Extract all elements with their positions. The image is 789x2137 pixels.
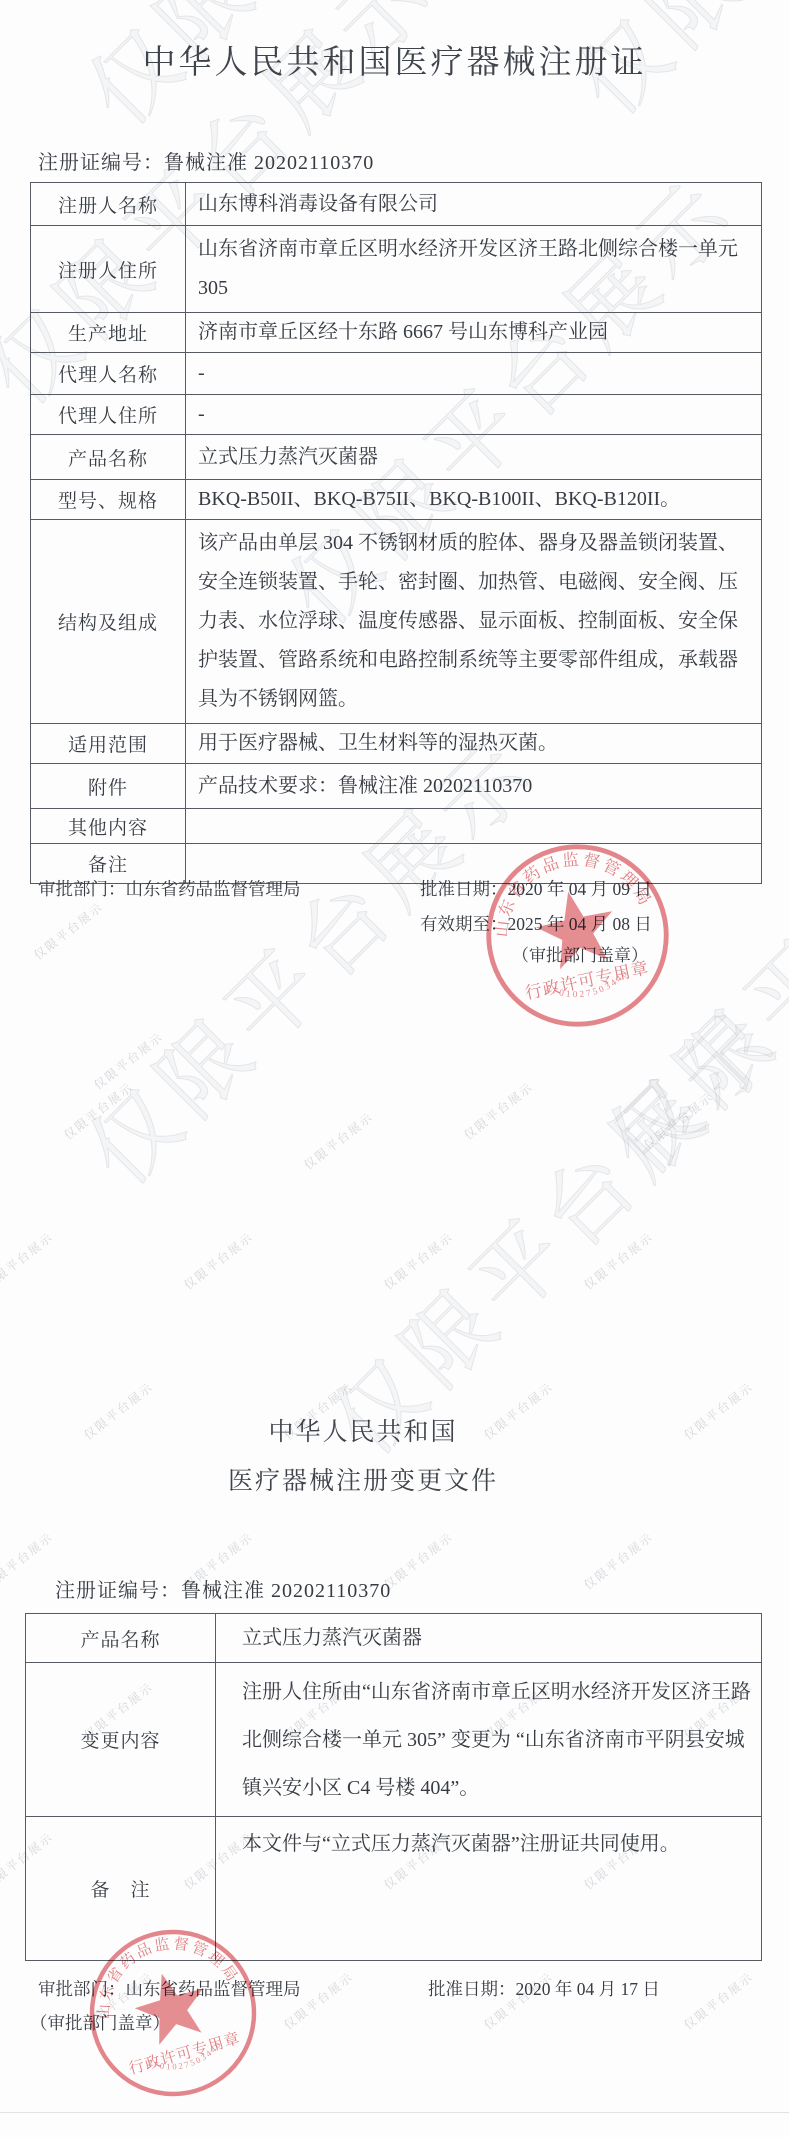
row-value: 立式压力蒸汽灭菌器 (216, 1614, 762, 1663)
row-label: 生产地址 (31, 313, 186, 353)
table-row: 代理人名称 - (31, 353, 762, 395)
row-value: 用于医疗器械、卫生材料等的湿热灭菌。 (186, 724, 762, 764)
registration-number-line: 注册证编号：鲁械注准 20202110370 (38, 146, 374, 175)
row-value: 该产品由单层 304 不锈钢材质的腔体、器身及器盖锁闭装置、安全连锁装置、手轮、… (186, 520, 762, 724)
amendment-title-line2: 医疗器械注册变更文件 (0, 1461, 726, 1497)
row-label: 附件 (31, 764, 186, 809)
registration-number-label: 注册证编号： (55, 1580, 181, 1602)
row-value: - (186, 353, 762, 395)
registration-number-label: 注册证编号： (38, 152, 164, 174)
table-row: 代理人住所 - (31, 395, 762, 435)
certificate-table: 注册人名称 山东博科消毒设备有限公司 注册人住所 山东省济南市章丘区明水经济开发… (30, 182, 762, 884)
row-label: 变更内容 (26, 1663, 216, 1817)
row-label: 其他内容 (31, 809, 186, 844)
row-label: 适用范围 (31, 724, 186, 764)
row-value: 山东博科消毒设备有限公司 (186, 183, 762, 226)
seal-band-text: 行政许可专用章 (127, 2028, 243, 2078)
table-row: 型号、规格 BKQ-B50II、BKQ-B75II、BKQ-B100II、BKQ… (31, 480, 762, 520)
row-value: 本文件与“立式压力蒸汽灭菌器”注册证共同使用。 (216, 1817, 762, 1961)
table-row: 产品名称 立式压力蒸汽灭菌器 (31, 435, 762, 480)
row-label: 注册人名称 (31, 183, 186, 226)
approval-date-line: 批准日期：2020 年 04 月 17 日 (428, 1976, 660, 2001)
approval-department-value: 山东省药品监督管理局 (126, 879, 301, 899)
table-row: 结构及组成 该产品由单层 304 不锈钢材质的腔体、器身及器盖锁闭装置、安全连锁… (31, 520, 762, 724)
table-row: 注册人住所 山东省济南市章丘区明水经济开发区济王路北侧综合楼一单元 305 (31, 226, 762, 313)
table-row: 产品名称 立式压力蒸汽灭菌器 (26, 1614, 762, 1663)
official-seal: 山东省药品监督管理局 行政许可专用章 3701027503440 (462, 820, 693, 1051)
amendment-title-line1: 中华人民共和国 (0, 1412, 726, 1448)
table-row: 生产地址 济南市章丘区经十东路 6667 号山东博科产业园 (31, 313, 762, 353)
approval-date-value: 2020 年 04 月 17 日 (516, 1979, 660, 1999)
certificate-title: 中华人民共和国医疗器械注册证 (0, 36, 789, 83)
row-value: 山东省济南市章丘区明水经济开发区济王路北侧综合楼一单元 305 (186, 226, 762, 313)
row-value: 产品技术要求：鲁械注准 20202110370 (186, 764, 762, 809)
amendment-table: 产品名称 立式压力蒸汽灭菌器 变更内容 注册人住所由“山东省济南市章丘区明水经济… (25, 1613, 762, 1961)
approval-department-line: 审批部门：山东省药品监督管理局 (38, 876, 301, 901)
row-value: 济南市章丘区经十东路 6667 号山东博科产业园 (186, 313, 762, 353)
registration-number-line: 注册证编号：鲁械注准 20202110370 (55, 1574, 391, 1603)
registration-number-value: 鲁械注准 20202110370 (164, 152, 374, 174)
row-value: 注册人住所由“山东省济南市章丘区明水经济开发区济王路北侧综合楼一单元 305” … (216, 1663, 762, 1817)
table-row: 适用范围 用于医疗器械、卫生材料等的湿热灭菌。 (31, 724, 762, 764)
row-value: - (186, 395, 762, 435)
row-label: 产品名称 (31, 435, 186, 480)
row-value (186, 809, 762, 844)
star-icon (128, 1964, 215, 2049)
document-page: 仅限平台展示 仅限平台展示 仅限平台展示 仅限平台展示 仅限平台展示 仅限平台展… (0, 0, 789, 2137)
approval-department-label: 审批部门： (38, 879, 126, 899)
row-label: 型号、规格 (31, 480, 186, 520)
registration-number-value: 鲁械注准 20202110370 (181, 1580, 391, 1602)
row-label: 注册人住所 (31, 226, 186, 313)
row-value: 立式压力蒸汽灭菌器 (186, 435, 762, 480)
table-row: 变更内容 注册人住所由“山东省济南市章丘区明水经济开发区济王路北侧综合楼一单元 … (26, 1663, 762, 1817)
table-row: 附件 产品技术要求：鲁械注准 20202110370 (31, 764, 762, 809)
table-row: 注册人名称 山东博科消毒设备有限公司 (31, 183, 762, 226)
row-value: BKQ-B50II、BKQ-B75II、BKQ-B100II、BKQ-B120I… (186, 480, 762, 520)
row-label: 代理人住所 (31, 395, 186, 435)
row-label: 产品名称 (26, 1614, 216, 1663)
approval-date-label: 批准日期： (428, 1979, 516, 1999)
row-label: 结构及组成 (31, 520, 186, 724)
amendment-title: 中华人民共和国 医疗器械注册变更文件 (0, 1412, 726, 1497)
star-icon (530, 884, 622, 973)
row-label: 代理人名称 (31, 353, 186, 395)
